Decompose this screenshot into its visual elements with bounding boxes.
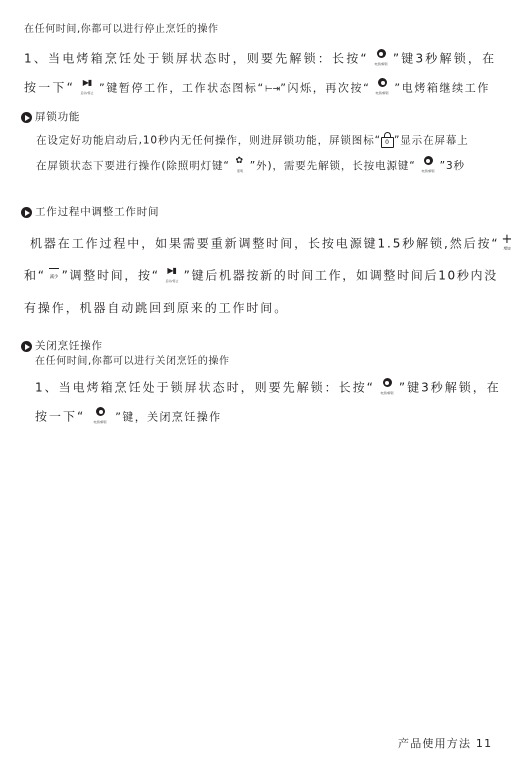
text: ”外)，需要先解锁，长按电源键“ (250, 160, 416, 172)
section-heading-screen-lock: 屏锁功能 (21, 112, 80, 123)
key-caption: 电源/解锁 (421, 170, 434, 173)
stop-step1-line2: 按一下“▶▮启动/停止”键暂停工作，工作状态图标“⊢⇥”闪烁，再次按“电源/解锁… (24, 81, 490, 95)
stop-intro: 在任何时间,你都可以进行停止烹饪的操作 (24, 25, 219, 35)
text: ”键后机器按新的时间工作，如调整时间后10秒内没 (184, 269, 498, 283)
page-footer: 产品使用方法 11 (398, 735, 492, 751)
heading-text: 关闭烹饪操作 (35, 341, 103, 352)
light-icon: ✿ (236, 157, 244, 166)
stop-step1-line1: 1、当电烤箱烹饪处于锁屏状态时，则要先解锁：长按“电源/解锁”键3秒解锁，在 (24, 52, 496, 66)
adjust-line1: 机器在工作过程中，如果需要重新调整时间，长按电源键1.5秒解锁,然后按“+增加” (30, 237, 512, 251)
text: ”调整时间，按“ (62, 269, 160, 283)
light-key: ✿照明 (230, 159, 250, 173)
section-heading-close-cooking: 关闭烹饪操作 (21, 341, 103, 352)
decrease-key: 减少 (46, 269, 62, 283)
text: ”电烤箱继续工作 (394, 82, 490, 95)
heading-text: 工作过程中调整工作时间 (35, 207, 159, 218)
power-unlock-key: 电源/解锁 (85, 410, 115, 424)
minus-icon (49, 268, 59, 269)
lock-line2: 在屏锁状态下要进行操作(除照明灯键“✿照明”外)，需要先解锁，长按电源键“电源/… (36, 159, 465, 173)
key-caption: 电源/解锁 (376, 92, 389, 95)
adjust-line3: 有操作，机器自动跳回到原来的工作时间。 (24, 302, 288, 314)
power-icon (378, 78, 387, 87)
text: 和“ (24, 269, 46, 283)
power-icon (377, 49, 386, 58)
section-heading-adjust-time: 工作过程中调整工作时间 (21, 207, 159, 218)
text: ”显示在屏幕上 (394, 135, 469, 147)
power-icon (424, 156, 433, 165)
text: 按一下“ (35, 410, 85, 424)
text: 在设定好功能启动后,10秒内无任何操作，则进屏锁功能，屏锁图标“ (36, 135, 381, 147)
close-step1-line1: 1、当电烤箱烹饪处于锁屏状态时，则要先解锁：长按“电源/解锁”键3秒解锁，在 (35, 381, 501, 395)
power-unlock-key: 电源/解锁 (370, 81, 394, 95)
key-caption: 电源/解锁 (374, 63, 387, 66)
text: ”闪烁，再次按“ (280, 82, 370, 95)
text: ”键，关闭烹饪操作 (115, 411, 221, 424)
text: ”键3秒解锁，在 (399, 381, 501, 395)
key-caption: 启动/停止 (81, 92, 94, 95)
heading-text: 屏锁功能 (35, 112, 80, 123)
text: ”键3秒解锁，在 (393, 52, 496, 66)
footer-label: 产品使用方法 (398, 737, 471, 750)
text: 1、当电烤箱烹饪处于锁屏状态时，则要先解锁：长按“ (35, 381, 375, 395)
lock-line1: 在设定好功能启动后,10秒内无任何操作，则进屏锁功能，屏锁图标“0”显示在屏幕上 (36, 133, 469, 148)
close-intro: 在任何时间,你都可以进行关闭烹饪的操作 (35, 357, 230, 367)
key-caption: 减少 (49, 275, 58, 279)
play-bullet-icon (21, 207, 32, 218)
power-unlock-key: 电源/解锁 (375, 381, 399, 395)
key-caption: 电源/解锁 (380, 392, 393, 395)
text: ”3秒 (440, 160, 465, 172)
key-caption: 电源/解锁 (94, 421, 107, 424)
text: 按一下“ (24, 81, 75, 95)
key-caption: 启动/停止 (165, 280, 178, 283)
lock-icon: 0 (381, 137, 394, 148)
adjust-line2: 和“减少”调整时间，按“▶▮启动/停止”键后机器按新的时间工作，如调整时间后10… (24, 269, 498, 283)
close-step1-line2: 按一下“电源/解锁”键，关闭烹饪操作 (35, 410, 222, 424)
page-number: 11 (476, 737, 492, 750)
text: 在屏锁状态下要进行操作(除照明灯键“ (36, 160, 230, 172)
power-icon (383, 378, 392, 387)
start-stop-key: ▶▮启动/停止 (75, 81, 99, 95)
play-pause-icon: ▶▮ (167, 267, 176, 275)
text: 1、当电烤箱烹饪处于锁屏状态时，则要先解锁：长按“ (24, 52, 369, 66)
key-caption: 增加 (503, 247, 510, 251)
start-stop-key: ▶▮启动/停止 (160, 269, 184, 283)
power-icon (96, 407, 105, 416)
power-unlock-key: 电源/解锁 (416, 159, 440, 173)
play-bullet-icon (21, 112, 32, 123)
increase-key: +增加 (500, 237, 512, 251)
text: 机器在工作过程中，如果需要重新调整时间，长按电源键1.5秒解锁,然后按“ (30, 237, 500, 251)
key-caption: 照明 (237, 170, 243, 173)
play-pause-icon: ▶▮ (83, 79, 92, 87)
power-unlock-key: 电源/解锁 (369, 52, 393, 66)
plus-icon: + (502, 233, 512, 246)
status-icon: ⊢⇥ (265, 85, 280, 95)
text: ”键暂停工作，工作状态图标“ (99, 82, 265, 95)
play-bullet-icon (21, 341, 32, 352)
